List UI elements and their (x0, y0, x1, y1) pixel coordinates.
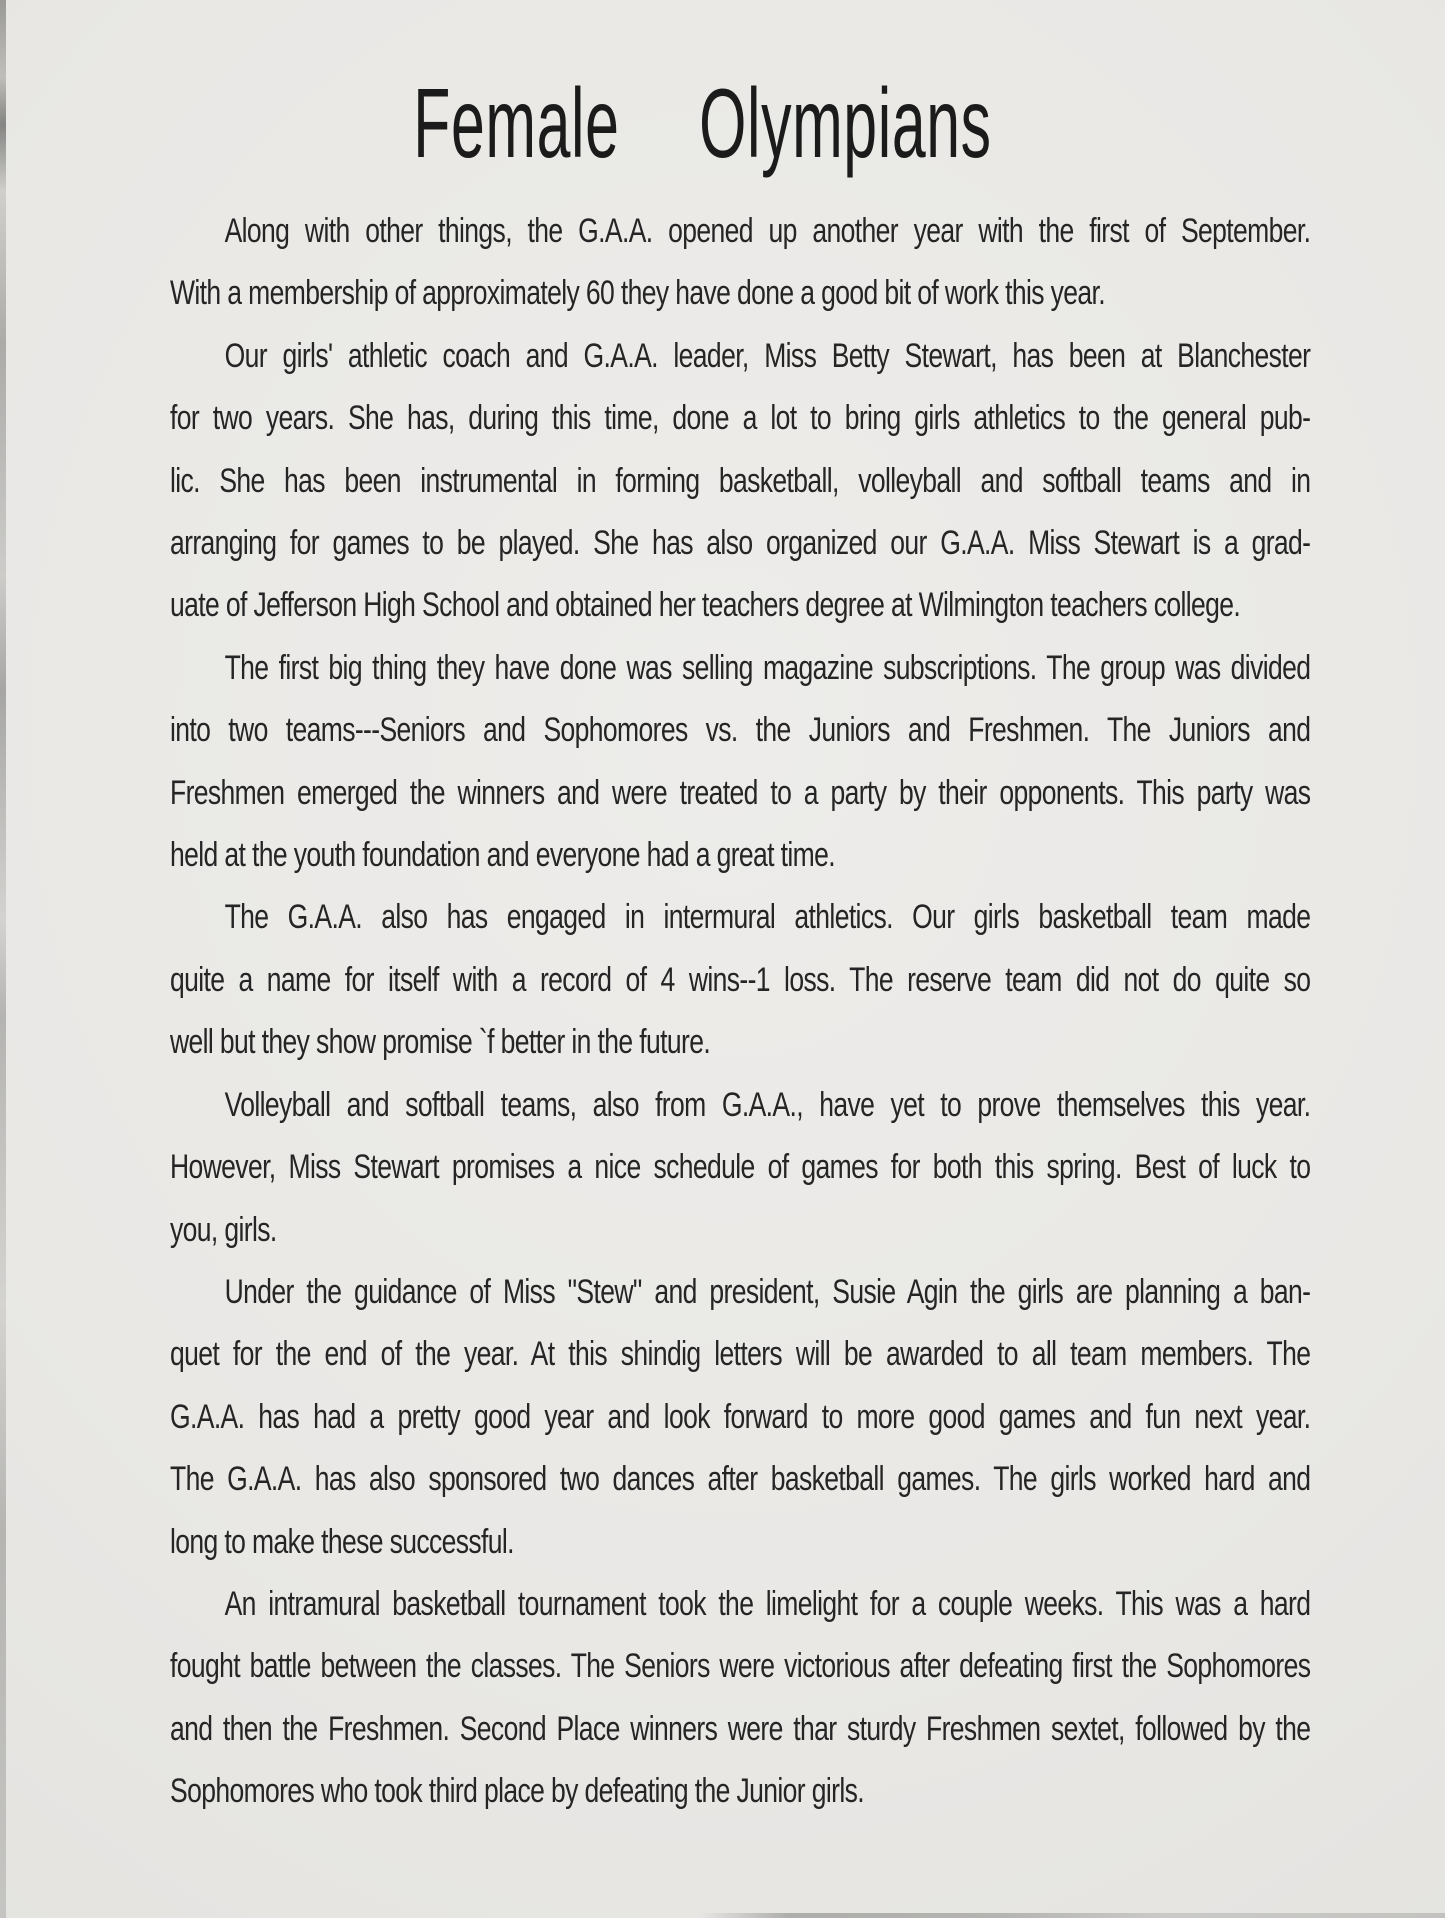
text-line: However, Miss Stewart promises a nice sc… (170, 1136, 1310, 1198)
text-line: With a membership of approximately 60 th… (170, 262, 1310, 324)
scan-edge-artifact-left (0, 0, 6, 1918)
paragraph: The first big thing they have done was s… (170, 637, 1310, 887)
text-line: lic. She has been instrumental in formin… (170, 450, 1310, 512)
text-line: Our girls' athletic coach and G.A.A. lea… (170, 325, 1310, 387)
paragraph: Volleyball and softball teams, also from… (170, 1074, 1310, 1261)
text-line: Sophomores who took third place by defea… (170, 1760, 1310, 1822)
page-title-text: Female Olympians (413, 68, 991, 178)
text-line: Volleyball and softball teams, also from… (170, 1074, 1310, 1136)
text-line: uate of Jefferson High School and obtain… (170, 574, 1310, 636)
scan-edge-artifact-bottom (700, 1913, 1445, 1918)
page-title: Female Olympians (0, 68, 1404, 178)
text-line: held at the youth foundation and everyon… (170, 824, 1310, 886)
text-line: into two teams---Seniors and Sophomores … (170, 699, 1310, 761)
text-line: Along with other things, the G.A.A. open… (170, 200, 1310, 262)
yearbook-page: Female Olympians Along with other things… (0, 0, 1445, 1918)
paragraph: The G.A.A. also has engaged in intermura… (170, 886, 1310, 1073)
paragraph: Under the guidance of Miss "Stew" and pr… (170, 1261, 1310, 1573)
text-line: long to make these successful. (170, 1511, 1310, 1573)
text-line: arranging for games to be played. She ha… (170, 512, 1310, 574)
text-line: G.A.A. has had a pretty good year and lo… (170, 1386, 1310, 1448)
text-line: The first big thing they have done was s… (170, 637, 1310, 699)
text-line: well but they show promise `f better in … (170, 1011, 1310, 1073)
text-line: Freshmen emerged the winners and were tr… (170, 762, 1310, 824)
text-line: fought battle between the classes. The S… (170, 1635, 1310, 1697)
text-line: An intramural basketball tournament took… (170, 1573, 1310, 1635)
text-line: you, girls. (170, 1199, 1310, 1261)
paragraph: An intramural basketball tournament took… (170, 1573, 1310, 1823)
text-line: Under the guidance of Miss "Stew" and pr… (170, 1261, 1310, 1323)
text-line: The G.A.A. also has engaged in intermura… (170, 886, 1310, 948)
paragraph: Along with other things, the G.A.A. open… (170, 200, 1310, 325)
text-line: and then the Freshmen. Second Place winn… (170, 1698, 1310, 1760)
text-line: quite a name for itself with a record of… (170, 949, 1310, 1011)
text-line: The G.A.A. has also sponsored two dances… (170, 1448, 1310, 1510)
article-body: Along with other things, the G.A.A. open… (170, 200, 1310, 1823)
text-line: quet for the end of the year. At this sh… (170, 1323, 1310, 1385)
text-line: for two years. She has, during this time… (170, 387, 1310, 449)
paragraph: Our girls' athletic coach and G.A.A. lea… (170, 325, 1310, 637)
